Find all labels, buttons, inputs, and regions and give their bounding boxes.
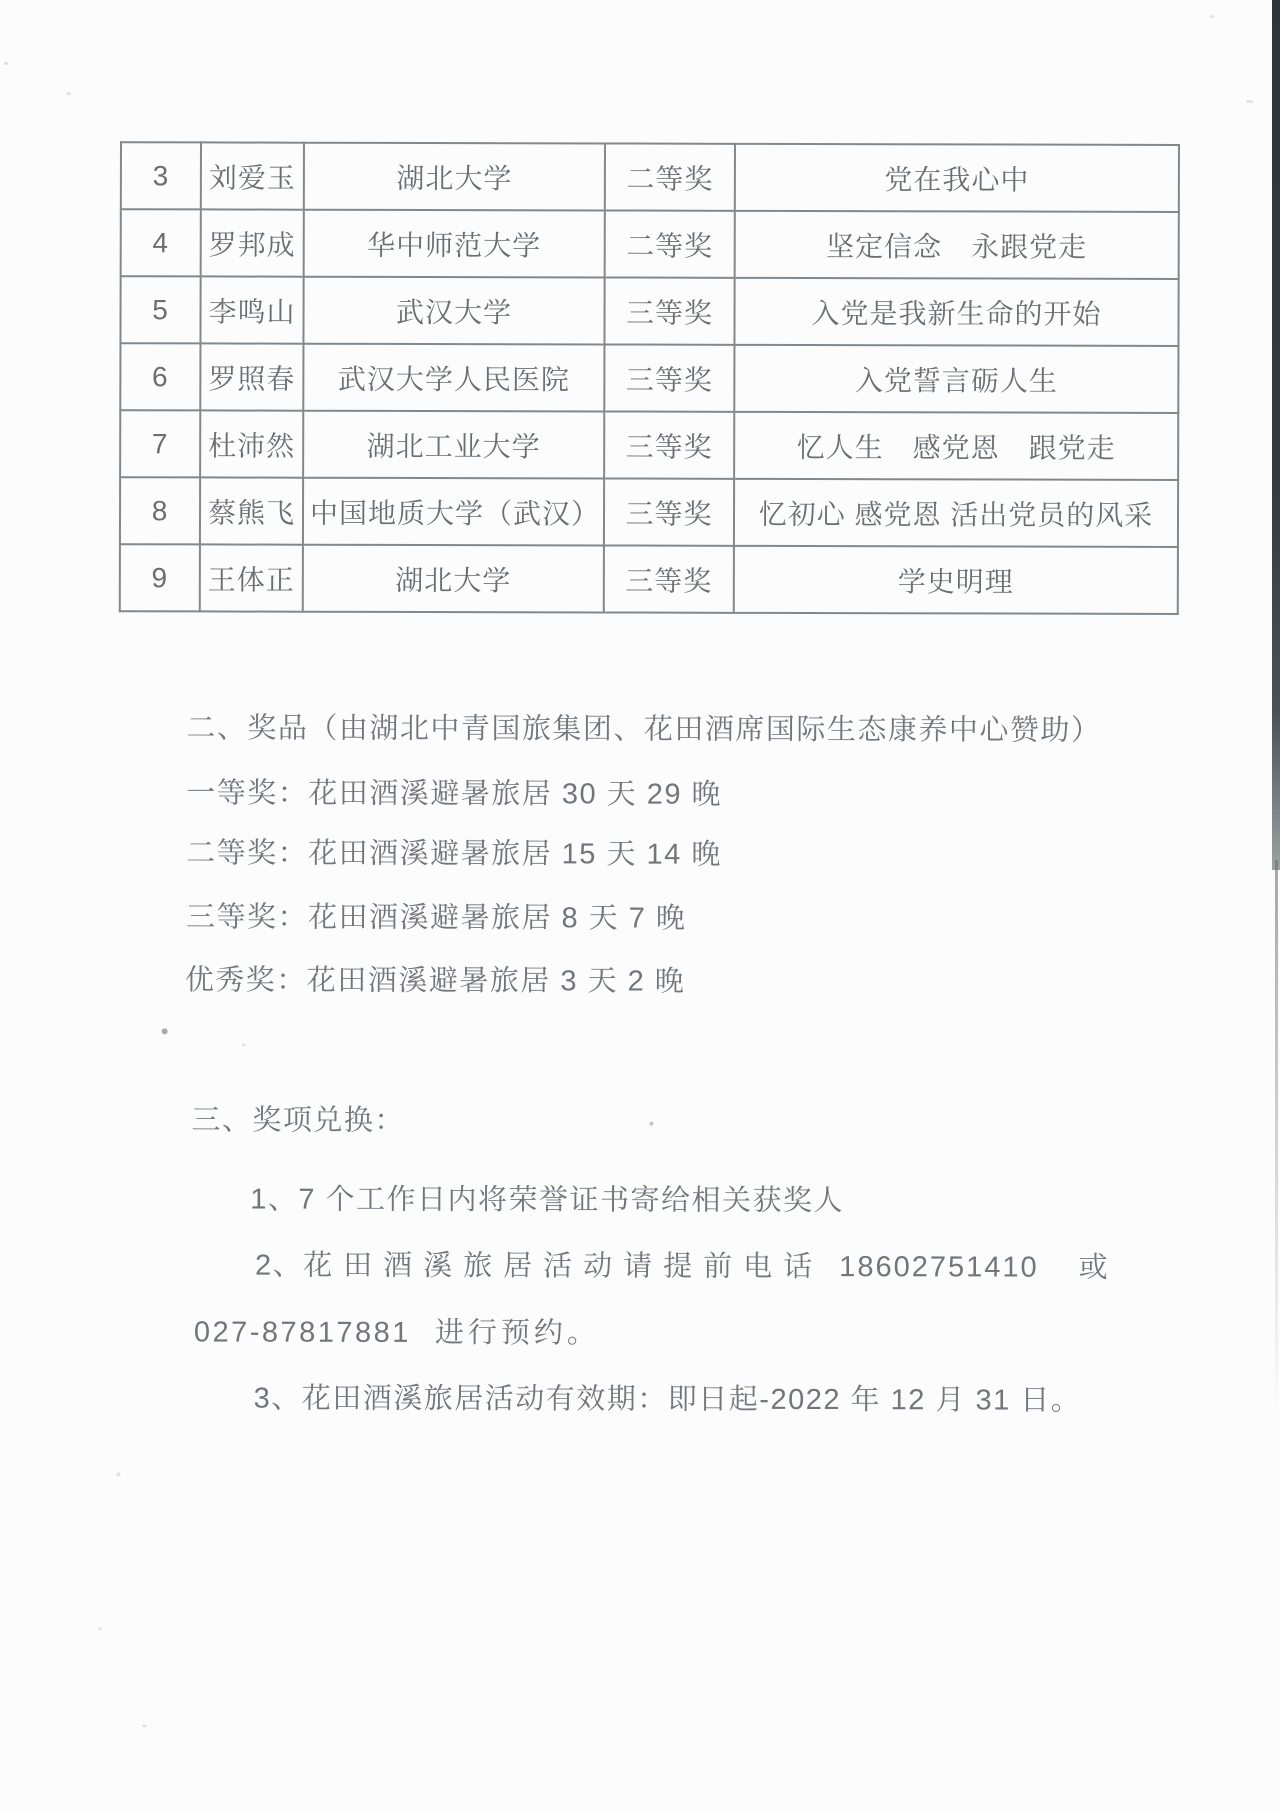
scan-speck: [242, 1044, 246, 1047]
work-title: 党在我心中: [735, 144, 1179, 212]
item2-tail: 或: [1079, 1252, 1110, 1284]
scan-speck: [1246, 100, 1253, 103]
scan-speck: [649, 1122, 653, 1126]
winner-name: 刘爱玉: [201, 142, 304, 209]
organization: 华中师范大学: [304, 210, 605, 278]
redemption-item-2: 2、花田酒溪旅居活动请提前电话18602751410或: [255, 1245, 1109, 1289]
work-title: 学史明理: [734, 546, 1178, 614]
scan-speck: [66, 92, 71, 95]
scan-speck: [117, 1472, 121, 1476]
document-content: 3 刘爱玉 湖北大学 二等奖 党在我心中 4 罗邦成 华中师范大学 二等奖 坚定…: [0, 0, 1280, 1810]
organization: 武汉大学: [303, 277, 604, 345]
prize-second: 二等奖：花田酒溪避暑旅居 15 天 14 晚: [186, 832, 722, 875]
work-title: 入党是我新生命的开始: [734, 278, 1178, 346]
row-number: 9: [120, 544, 200, 611]
scan-speck: [4, 62, 8, 65]
winner-name: 蔡熊飞: [200, 477, 303, 544]
organization: 湖北工业大学: [303, 411, 604, 479]
item2-text: 花田酒溪旅居活动请提前电话: [303, 1250, 823, 1283]
prize-first: 一等奖：花田酒溪避暑旅居 30 天 29 晚: [186, 772, 722, 815]
table-row: 5 李鸣山 武汉大学 三等奖 入党是我新生命的开始: [120, 276, 1178, 346]
row-number: 7: [120, 410, 200, 477]
award-level: 三等奖: [604, 344, 734, 411]
row-number: 4: [121, 209, 201, 276]
table-row: 6 罗照春 武汉大学人民医院 三等奖 入党誓言砺人生: [120, 343, 1178, 413]
award-level: 三等奖: [604, 277, 734, 344]
winner-name: 王体正: [200, 544, 303, 611]
award-level: 二等奖: [605, 210, 735, 277]
row-number: 3: [121, 142, 201, 209]
prize-excellence: 优秀奖：花田酒溪避暑旅居 3 天 2 晚: [185, 959, 686, 1002]
winner-name: 罗邦成: [201, 209, 304, 276]
item2-cont-text: 进行预约。: [435, 1317, 600, 1349]
organization: 武汉大学人民医院: [303, 344, 604, 412]
awards-table: 3 刘爱玉 湖北大学 二等奖 党在我心中 4 罗邦成 华中师范大学 二等奖 坚定…: [119, 141, 1178, 615]
work-title: 忆人生 感党恩 跟党走: [734, 412, 1178, 480]
redemption-item-1: 1、7 个工作日内将荣誉证书寄给相关获奖人: [250, 1179, 844, 1223]
row-number: 8: [120, 477, 200, 544]
award-level: 三等奖: [604, 545, 734, 612]
scan-speck: [1210, 15, 1214, 18]
row-number: 6: [120, 343, 200, 410]
item2-phone: 18602751410: [839, 1251, 1039, 1284]
award-level: 二等奖: [605, 143, 735, 210]
redemption-item-3: 3、花田酒溪旅居活动有效期：即日起-2022 年 12 月 31 日。: [254, 1378, 1082, 1422]
table-row: 7 杜沛然 湖北工业大学 三等奖 忆人生 感党恩 跟党走: [120, 410, 1178, 480]
item2-number: 2、: [255, 1250, 303, 1282]
table-row: 8 蔡熊飞 中国地质大学（武汉） 三等奖 忆初心 感党恩 活出党员的风采: [120, 477, 1178, 547]
winner-name: 罗照春: [200, 343, 303, 410]
scan-speck: [142, 1724, 147, 1727]
award-level: 三等奖: [604, 478, 734, 545]
organization: 中国地质大学（武汉）: [303, 478, 604, 546]
scan-speck: [162, 1028, 168, 1034]
redemption-section-heading: 三、奖项兑换：: [191, 1099, 405, 1142]
table-row: 4 罗邦成 华中师范大学 二等奖 坚定信念 永跟党走: [121, 209, 1179, 279]
scan-edge-shadow: [1272, 0, 1280, 870]
redemption-item-2-continuation: 027-87817881进行预约。: [194, 1311, 600, 1354]
work-title: 忆初心 感党恩 活出党员的风采: [734, 479, 1178, 547]
work-title: 坚定信念 永跟党走: [735, 211, 1179, 279]
work-title: 入党誓言砺人生: [734, 345, 1178, 413]
scan-edge-shadow-fade: [1275, 860, 1278, 1420]
winner-name: 李鸣山: [200, 276, 303, 343]
table-row: 9 王体正 湖北大学 三等奖 学史明理: [120, 544, 1178, 614]
item2-phone-2: 027-87817881: [194, 1316, 411, 1349]
organization: 湖北大学: [304, 143, 605, 211]
table-row: 3 刘爱玉 湖北大学 二等奖 党在我心中: [121, 142, 1179, 212]
organization: 湖北大学: [303, 545, 604, 613]
prize-third: 三等奖：花田酒溪避暑旅居 8 天 7 晚: [186, 896, 687, 939]
scanned-document-page: 3 刘爱玉 湖北大学 二等奖 党在我心中 4 罗邦成 华中师范大学 二等奖 坚定…: [0, 0, 1280, 1810]
award-level: 三等奖: [604, 411, 734, 478]
row-number: 5: [120, 276, 200, 343]
scan-speck: [98, 1627, 102, 1630]
prizes-section-heading: 二、奖品（由湖北中青国旅集团、花田酒席国际生态康养中心赞助）: [186, 707, 1101, 751]
winner-name: 杜沛然: [200, 410, 303, 477]
